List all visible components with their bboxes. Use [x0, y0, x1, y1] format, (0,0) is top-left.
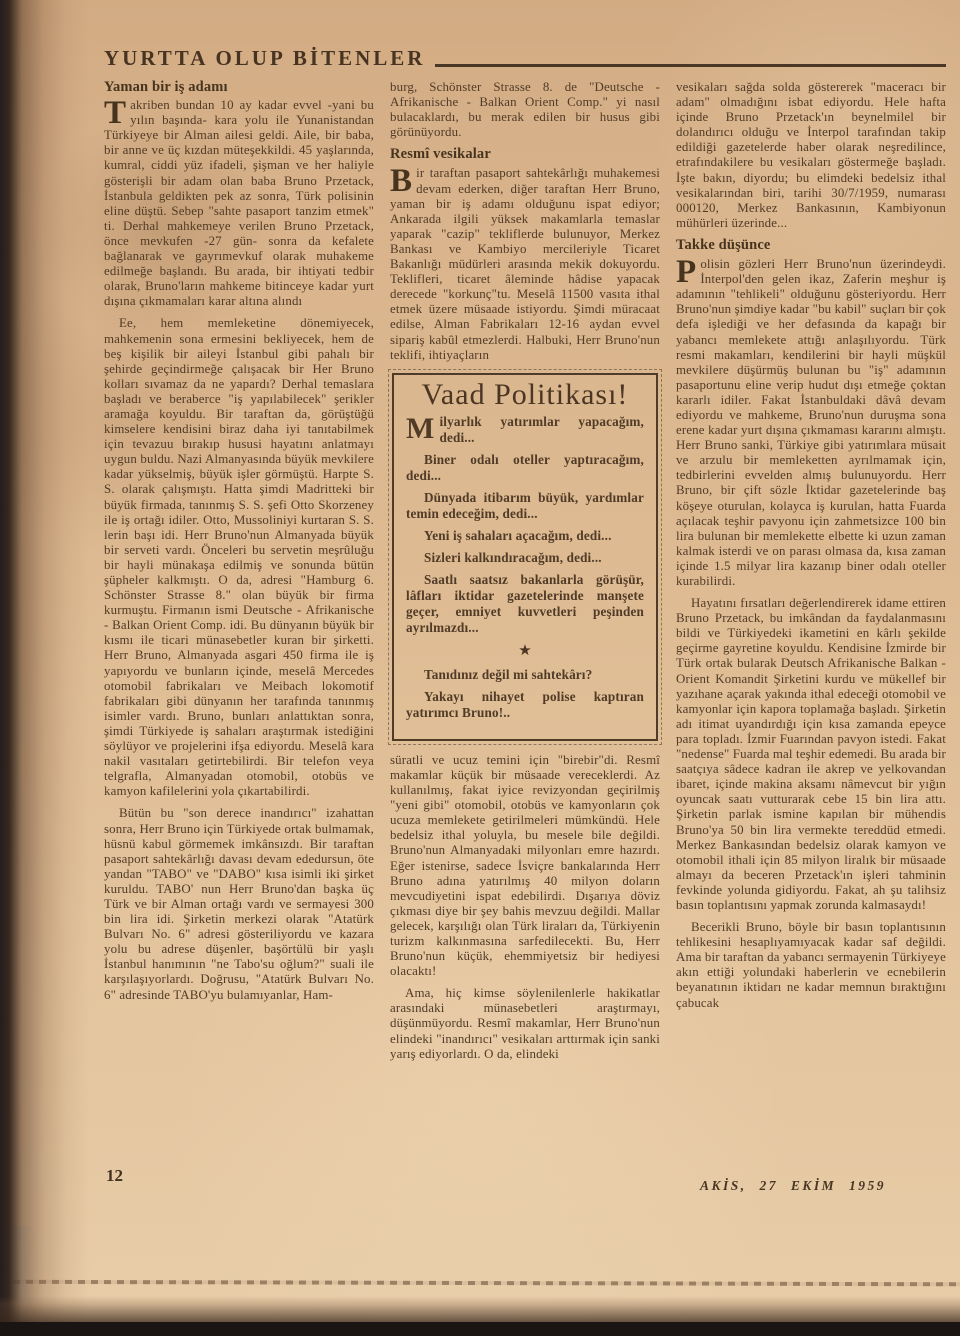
scan-edge-bottom-shadow: [0, 1296, 960, 1322]
page-header: YURTTA OLUP BİTENLER: [104, 46, 946, 71]
boxed-item-text: ilyarlık yatırımlar yapacağım, dedi...: [439, 414, 644, 445]
paper-tear-line: [0, 1280, 960, 1287]
subsection-heading: Takke düşünce: [676, 238, 946, 253]
paragraph-text: akriben bundan 10 ay kadar evvel -yani b…: [104, 98, 374, 308]
scan-edge-bottom: [0, 1322, 960, 1336]
paragraph: süratli ve ucuz temini için "birebir"di.…: [390, 753, 660, 979]
paragraph: Hayatını fırsatları değerlendirerek idam…: [676, 596, 946, 913]
paragraph: Ama, hiç kimse söylenilenlerle hakikatla…: [390, 986, 660, 1061]
boxed-item: Tanıdınız değil mi sahtekârı?: [406, 667, 644, 683]
paragraph-text: ir taraftan pasaport sahtekârlığı muhake…: [390, 166, 660, 361]
paragraph: Takriben bundan 10 ay kadar evvel -yani …: [104, 98, 374, 309]
subsection-heading: Resmî vesikalar: [390, 147, 660, 162]
scan-corner-artifact: [0, 1226, 34, 1336]
boxed-feature: Vaad Politikası! Milyarlık yatırımlar ya…: [392, 373, 658, 741]
star-icon: ★: [406, 644, 644, 659]
boxed-feature-title: Vaad Politikası!: [406, 387, 644, 402]
boxed-item: Yeni iş sahaları açacağım, dedi...: [406, 528, 644, 544]
paragraph: Bir taraftan pasaport sahtekârlığı muhak…: [390, 166, 660, 362]
column-middle: burg, Schönster Strasse 8. de "Deutsche …: [390, 80, 660, 1276]
boxed-item: Biner odalı oteller yaptıracağım, dedi..…: [406, 452, 644, 484]
dropcap-letter: T: [104, 98, 130, 126]
section-masthead: YURTTA OLUP BİTENLER: [104, 46, 425, 71]
issue-credit: AKİS, 27 EKİM 1959: [640, 1178, 946, 1194]
scan-edge-left: [0, 0, 90, 1336]
dropcap-letter: M: [406, 414, 439, 441]
paragraph: Becerikli Bruno, böyle bir basın toplant…: [676, 920, 946, 1011]
paragraph: Bütün bu "son derece inandırıcı" izahatt…: [104, 806, 374, 1002]
boxed-item: Saatlı saatsız bakanlarla görüşür, lâfla…: [406, 572, 644, 636]
dropcap-letter: P: [676, 257, 700, 285]
header-rule: [435, 63, 946, 67]
boxed-item: Milyarlık yatırımlar yapacağım, dedi...: [406, 414, 644, 446]
paragraph-text: olisin gözleri Herr Bruno'nun üzerindeyd…: [676, 257, 946, 588]
column-right: vesikaları sağda solda göstererek "macer…: [676, 80, 946, 1276]
dropcap-letter: B: [390, 166, 416, 194]
boxed-item: Sizleri kalkındıracağım, dedi...: [406, 550, 644, 566]
boxed-item: Dünyada itibarım büyük, yardımlar temin …: [406, 490, 644, 522]
boxed-item: Yakayı nihayet polise kaptıran yatırımcı…: [406, 689, 644, 721]
column-left: Yaman bir iş adamı Takriben bundan 10 ay…: [104, 80, 374, 1276]
paragraph: Ee, hem memleketine dönemiyecek, mahkeme…: [104, 316, 374, 799]
story-heading: Yaman bir iş adamı: [104, 80, 374, 95]
paragraph: vesikaları sağda solda göstererek "macer…: [676, 80, 946, 231]
paragraph: Polisin gözleri Herr Bruno'nun üzerindey…: [676, 257, 946, 589]
paragraph: burg, Schönster Strasse 8. de "Deutsche …: [390, 80, 660, 140]
magazine-page: YURTTA OLUP BİTENLER Yaman bir iş adamı …: [0, 0, 960, 1336]
page-number: 12: [106, 1166, 123, 1186]
article-columns: Yaman bir iş adamı Takriben bundan 10 ay…: [104, 80, 946, 1276]
